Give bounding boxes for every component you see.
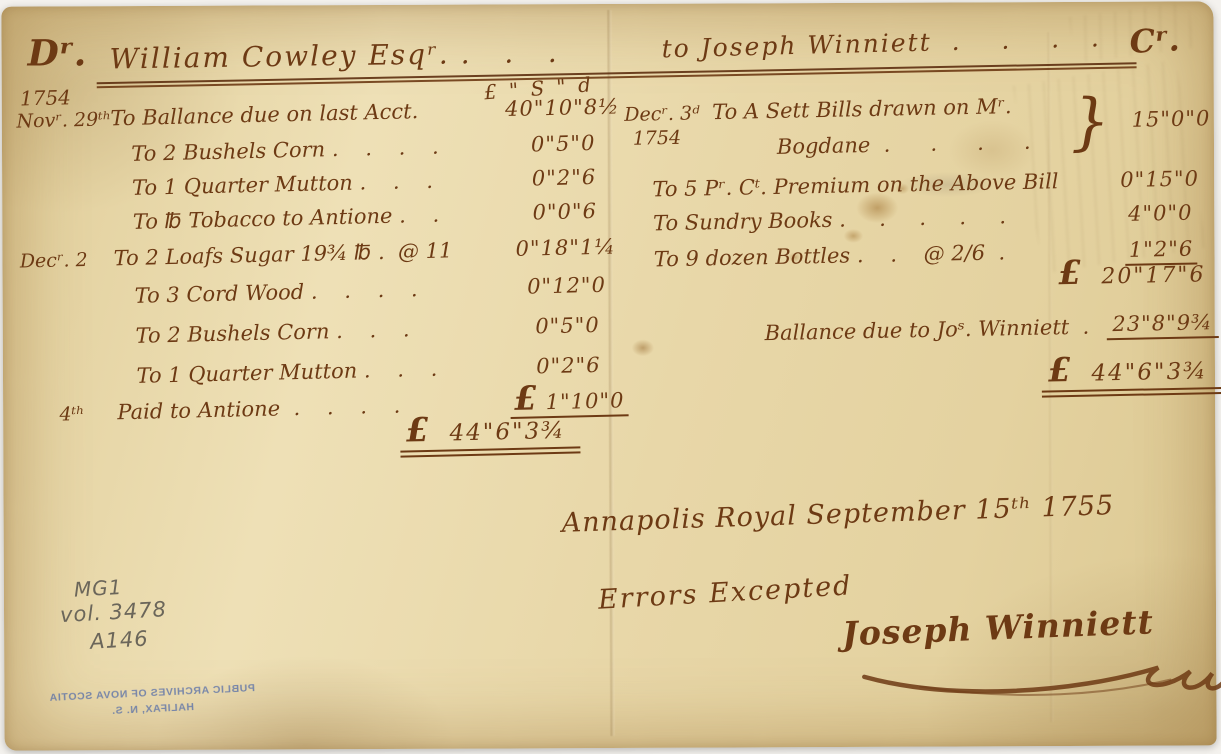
debit-abbreviation: Dʳ. xyxy=(27,32,86,74)
errors-excepted: Errors Excepted xyxy=(597,570,853,615)
ledger-row: To 2 Bushels Corn . . . 0"5"0 xyxy=(21,312,627,350)
entry-description: To Sundry Books . . . . . xyxy=(626,202,1102,236)
ledger-row: To 2 Bushels Corn . . . . 0"5"0 xyxy=(17,130,623,168)
entry-description: To A Sett Bills drawn on Mʳ. xyxy=(712,94,1012,124)
credit-total-row: £ 44"6"3¾ xyxy=(1042,358,1221,388)
balance-label: Ballance due to Joˢ. Winniett . xyxy=(764,315,1089,346)
credit-column: Decʳ. 3ᵈ 1754 To A Sett Bills drawn on M… xyxy=(624,80,1221,422)
entry-amount: 0"2"6 xyxy=(508,352,629,379)
entry-date xyxy=(21,303,115,305)
signature-flourish xyxy=(860,637,1221,703)
pound-sign: £ xyxy=(514,378,539,418)
entry-date: Decʳ. 3ᵈ xyxy=(624,102,700,126)
credit-subtotal-row: £ 20"17"6 xyxy=(1058,262,1216,290)
ledger-row: To 1 Quarter Mutton . . . 0"2"6 xyxy=(18,164,624,202)
entry-description: Bogdane . . . . xyxy=(777,130,1031,159)
entry-date: Novʳ. 29ᵗʰ xyxy=(16,108,110,132)
entry-amount: 0"15"0 xyxy=(1101,166,1217,192)
place-dateline: Annapolis Royal September 15ᵗʰ 1755 xyxy=(561,490,1114,539)
entry-date: Decʳ. 2 xyxy=(20,248,114,272)
entry-description: Paid to Antione . . . . xyxy=(117,391,509,424)
ledger-sheet: Dʳ. William Cowley Esqʳ. . . . to Joseph… xyxy=(1,1,1216,750)
entry-amount: 1"10"0 xyxy=(545,388,624,414)
catalog-note-volume: vol. 3478 xyxy=(59,597,167,627)
ledger-row: To ℔ Tobacco to Antione . . 0"0"6 xyxy=(19,198,625,236)
entry-date xyxy=(18,195,112,197)
entry-date xyxy=(22,343,116,345)
pound-sign: £ xyxy=(405,410,431,450)
debtor-name: William Cowley Esqʳ. . . . xyxy=(109,36,559,76)
entry-description: To 9 dozen Bottles . . @ 2/6 . xyxy=(627,238,1103,272)
balance-amount: 23"8"9¾ xyxy=(1106,310,1219,340)
paid-amount: £ 1"10"0 xyxy=(510,388,629,419)
entry-amount: 0"18"1¼ xyxy=(505,234,626,261)
entry-description: To ℔ Tobacco to Antione . . xyxy=(113,201,505,234)
catalog-note-item: A146 xyxy=(90,627,150,654)
entry-amount: 15"0"0 xyxy=(1131,106,1210,132)
entry-amount: 0"5"0 xyxy=(503,130,624,157)
entry-amount: 40"10"8½ xyxy=(502,94,623,121)
pound-sign: £ xyxy=(1058,253,1084,292)
entry-date: 4ᵗʰ xyxy=(23,402,117,426)
entry-description: To 2 Bushels Corn . . . . xyxy=(111,133,503,166)
entry-date xyxy=(18,161,112,163)
credit-abbreviation: Cʳ. xyxy=(1129,20,1181,61)
total-amount: £ 44"6"3¾ xyxy=(1042,358,1221,398)
ledger-row: To Sundry Books . . . . . 4"0"0 xyxy=(626,200,1218,236)
entry-date xyxy=(19,229,113,231)
archives-stamp: PUBLIC ARCHIVES OF NOVA SCOTIA HALIFAX, … xyxy=(46,681,259,723)
total-amount: £ 44"6"3¾ xyxy=(400,417,580,457)
entry-amount: 0"2"6 xyxy=(504,164,625,191)
brace-glyph: } xyxy=(1070,84,1111,158)
debit-total-row: £ 44"6"3¾ xyxy=(400,417,580,447)
entry-amount: 0"12"0 xyxy=(506,272,627,299)
entry-description: To 2 Loafs Sugar 19¾ ℔ . @ 11 xyxy=(113,237,505,270)
entry-date xyxy=(23,383,117,385)
pound-sign: £ xyxy=(1047,350,1073,389)
ledger-row: To 5 Pʳ. Cᵗ. Premium on the Above Bill 0… xyxy=(625,166,1217,202)
entry-description: To Ballance due on last Acct. xyxy=(110,97,502,130)
entry-description: To 5 Pʳ. Cᵗ. Premium on the Above Bill xyxy=(625,168,1101,202)
entry-description: To 1 Quarter Mutton . . . xyxy=(116,355,508,388)
entry-amount: 4"0"0 xyxy=(1102,200,1218,226)
ledger-row: Decʳ. 2 To 2 Loafs Sugar 19¾ ℔ . @ 11 0"… xyxy=(20,234,626,272)
debit-column: 1754 £ " S " d Novʳ. 29ᵗʰ To Ballance du… xyxy=(16,74,631,478)
creditor-line: to Joseph Winniett . . . . xyxy=(661,23,1101,63)
subtotal-amount: £ 20"17"6 xyxy=(1058,262,1216,290)
entry-amount: 0"5"0 xyxy=(507,312,628,339)
ledger-row: To 3 Cord Wood . . . . 0"12"0 xyxy=(20,272,626,310)
entry-description: To 1 Quarter Mutton . . . xyxy=(112,167,504,200)
ledger-row: Novʳ. 29ᵗʰ To Ballance due on last Acct.… xyxy=(16,94,622,132)
entry-year: 1754 xyxy=(632,127,681,150)
entry-amount: 0"0"6 xyxy=(505,198,626,225)
entry-amount: 1"2"6 xyxy=(1125,236,1198,265)
catalog-note-collection: MG1 xyxy=(73,575,123,602)
entry-description: To 3 Cord Wood . . . . xyxy=(114,275,506,308)
entry-description: To 2 Bushels Corn . . . xyxy=(115,315,507,348)
